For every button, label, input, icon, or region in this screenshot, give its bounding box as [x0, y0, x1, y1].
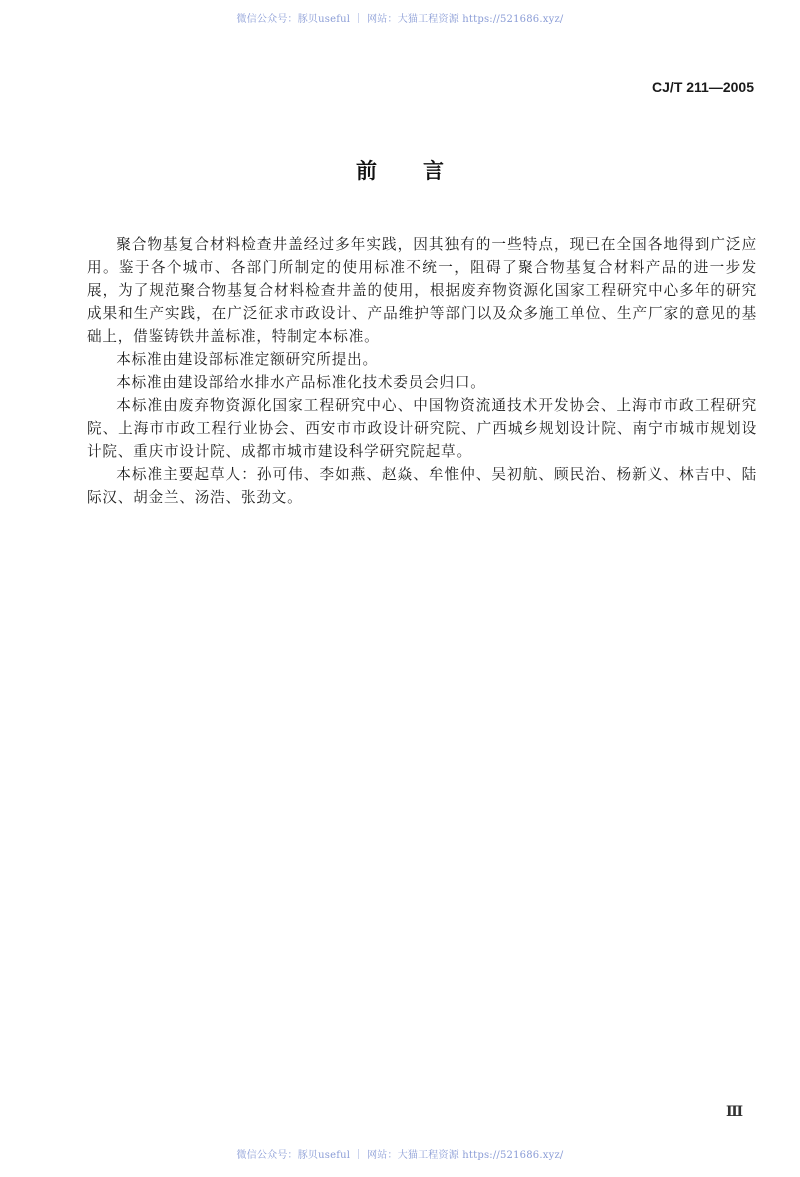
paragraph-intro: 聚合物基复合材料检查井盖经过多年实践，因其独有的一些特点，现已在全国各地得到广泛…: [87, 233, 757, 348]
page-title: 前言: [0, 155, 800, 185]
paragraph-drafters: 本标准主要起草人：孙可伟、李如燕、赵焱、牟惟仲、吴初航、顾民治、杨新义、林吉中、…: [87, 463, 757, 509]
standard-code: CJ/T 211—2005: [652, 79, 754, 95]
page-number: Ⅲ: [726, 1104, 743, 1121]
foreword-body: 聚合物基复合材料检查井盖经过多年实践，因其独有的一些特点，现已在全国各地得到广泛…: [87, 233, 757, 509]
watermark-top: 微信公众号：豚贝useful ｜ 网站：大猫工程资源 https://52168…: [0, 10, 800, 25]
paragraph-committee: 本标准由建设部给水排水产品标准化技术委员会归口。: [87, 371, 757, 394]
paragraph-drafting-units: 本标准由废弃物资源化国家工程研究中心、中国物资流通技术开发协会、上海市市政工程研…: [87, 394, 757, 463]
watermark-bottom: 微信公众号：豚贝useful ｜ 网站：大猫工程资源 https://52168…: [0, 1146, 800, 1161]
paragraph-proposer: 本标准由建设部标准定额研究所提出。: [87, 348, 757, 371]
